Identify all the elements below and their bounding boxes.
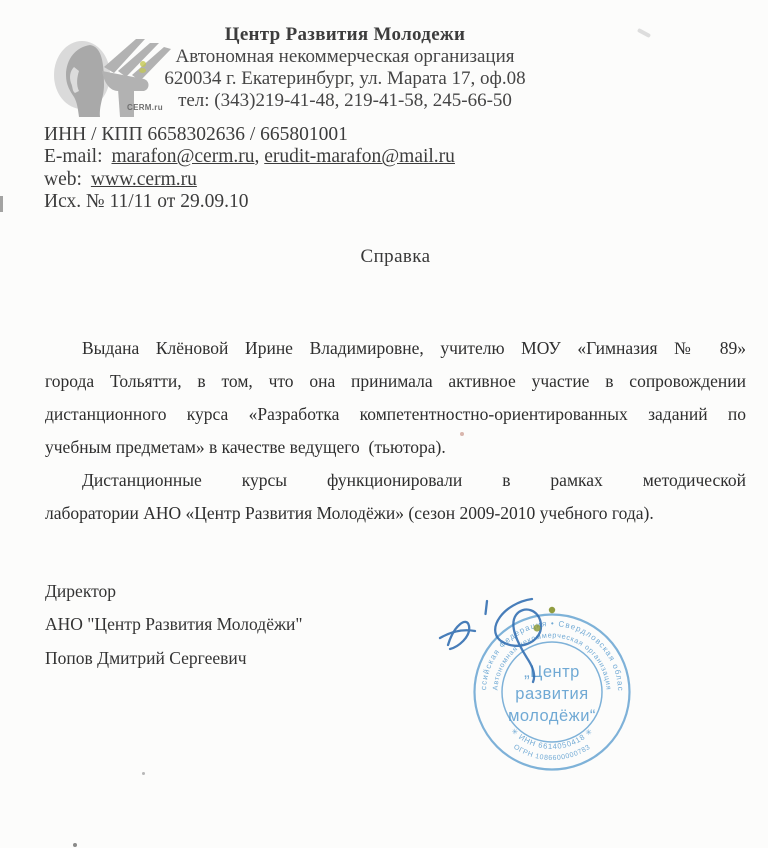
paragraph1-line: Выдана Клёновой Ирине Владимировне, учит…: [45, 332, 746, 365]
org-title: Центр Развития Молодежи: [120, 24, 570, 46]
inn-kpp-line: ИНН / КПП 6658302636 / 665801001: [44, 124, 564, 146]
scan-edge-artifact: [0, 196, 3, 212]
email-link-2[interactable]: erudit-marafon@mail.ru: [264, 146, 455, 167]
web-line: web:www.cerm.ru: [44, 169, 564, 191]
signer-position: Директор: [45, 575, 475, 608]
org-phone: тел: (343)219-41-48, 219-41-58, 245-66-5…: [120, 90, 570, 112]
paragraph2-line: Дистанционные курсы функционировали в ра…: [45, 464, 746, 497]
document-title: Справка: [45, 246, 746, 268]
signer-organization: АНО "Центр Развития Молодёжи": [45, 608, 475, 641]
stamp-inn-text: ✳ ИНН 6614050418 ✳: [509, 726, 594, 751]
round-stamp-icon: Российская Федерация • Свердловская обла…: [428, 583, 688, 798]
scan-speck: [460, 432, 464, 436]
web-label: web:: [44, 169, 82, 190]
paragraph1-line: учебным предметам» в качестве ведущего (…: [45, 431, 746, 464]
scan-smudge: [637, 28, 651, 38]
paragraph1-line: города Тольятти, в том, что она принимал…: [45, 365, 746, 398]
email-line: E-mail:marafon@cerm.ru, erudit-marafon@m…: [44, 146, 564, 168]
email-separator: ,: [255, 146, 260, 167]
document-body: Выдана Клёновой Ирине Владимировне, учит…: [45, 332, 746, 530]
outgoing-ref-line: Исх. № 11/11 от 29.09.10: [44, 191, 564, 213]
paragraph2-line: лаборатории АНО «Центр Развития Молодёжи…: [45, 497, 746, 530]
signature-block: Директор АНО "Центр Развития Молодёжи" П…: [45, 575, 475, 675]
ink-speck: [549, 607, 555, 613]
svg-text:✳ ИНН 6614050418 ✳: ✳ ИНН 6614050418 ✳: [509, 726, 594, 751]
email-label: E-mail:: [44, 146, 102, 167]
org-address: 620034 г. Екатеринбург, ул. Марата 17, о…: [120, 68, 570, 90]
stamp-center-line2: развития: [515, 685, 588, 703]
letterhead: Центр Развития Молодежи Автономная неком…: [120, 24, 570, 112]
org-type: Автономная некоммерческая организация: [120, 46, 570, 68]
paragraph1-line: дистанционного курса «Разработка компете…: [45, 398, 746, 431]
stamp-and-signature: Российская Федерация • Свердловская обла…: [428, 583, 688, 798]
ink-speck: [533, 624, 540, 631]
signer-name: Попов Дмитрий Сергеевич: [45, 642, 475, 675]
email-link-1[interactable]: marafon@cerm.ru: [111, 146, 254, 167]
website-link[interactable]: www.cerm.ru: [91, 169, 197, 190]
stamp-center-line3: молодёжи“: [508, 707, 596, 725]
scanned-letter-page: CERM.ru Центр Развития Молодежи Автономн…: [0, 0, 768, 848]
scan-speck: [142, 772, 145, 775]
scan-speck: [139, 68, 146, 73]
requisites-block: ИНН / КПП 6658302636 / 665801001 E-mail:…: [44, 124, 564, 214]
scan-speck: [73, 843, 77, 847]
